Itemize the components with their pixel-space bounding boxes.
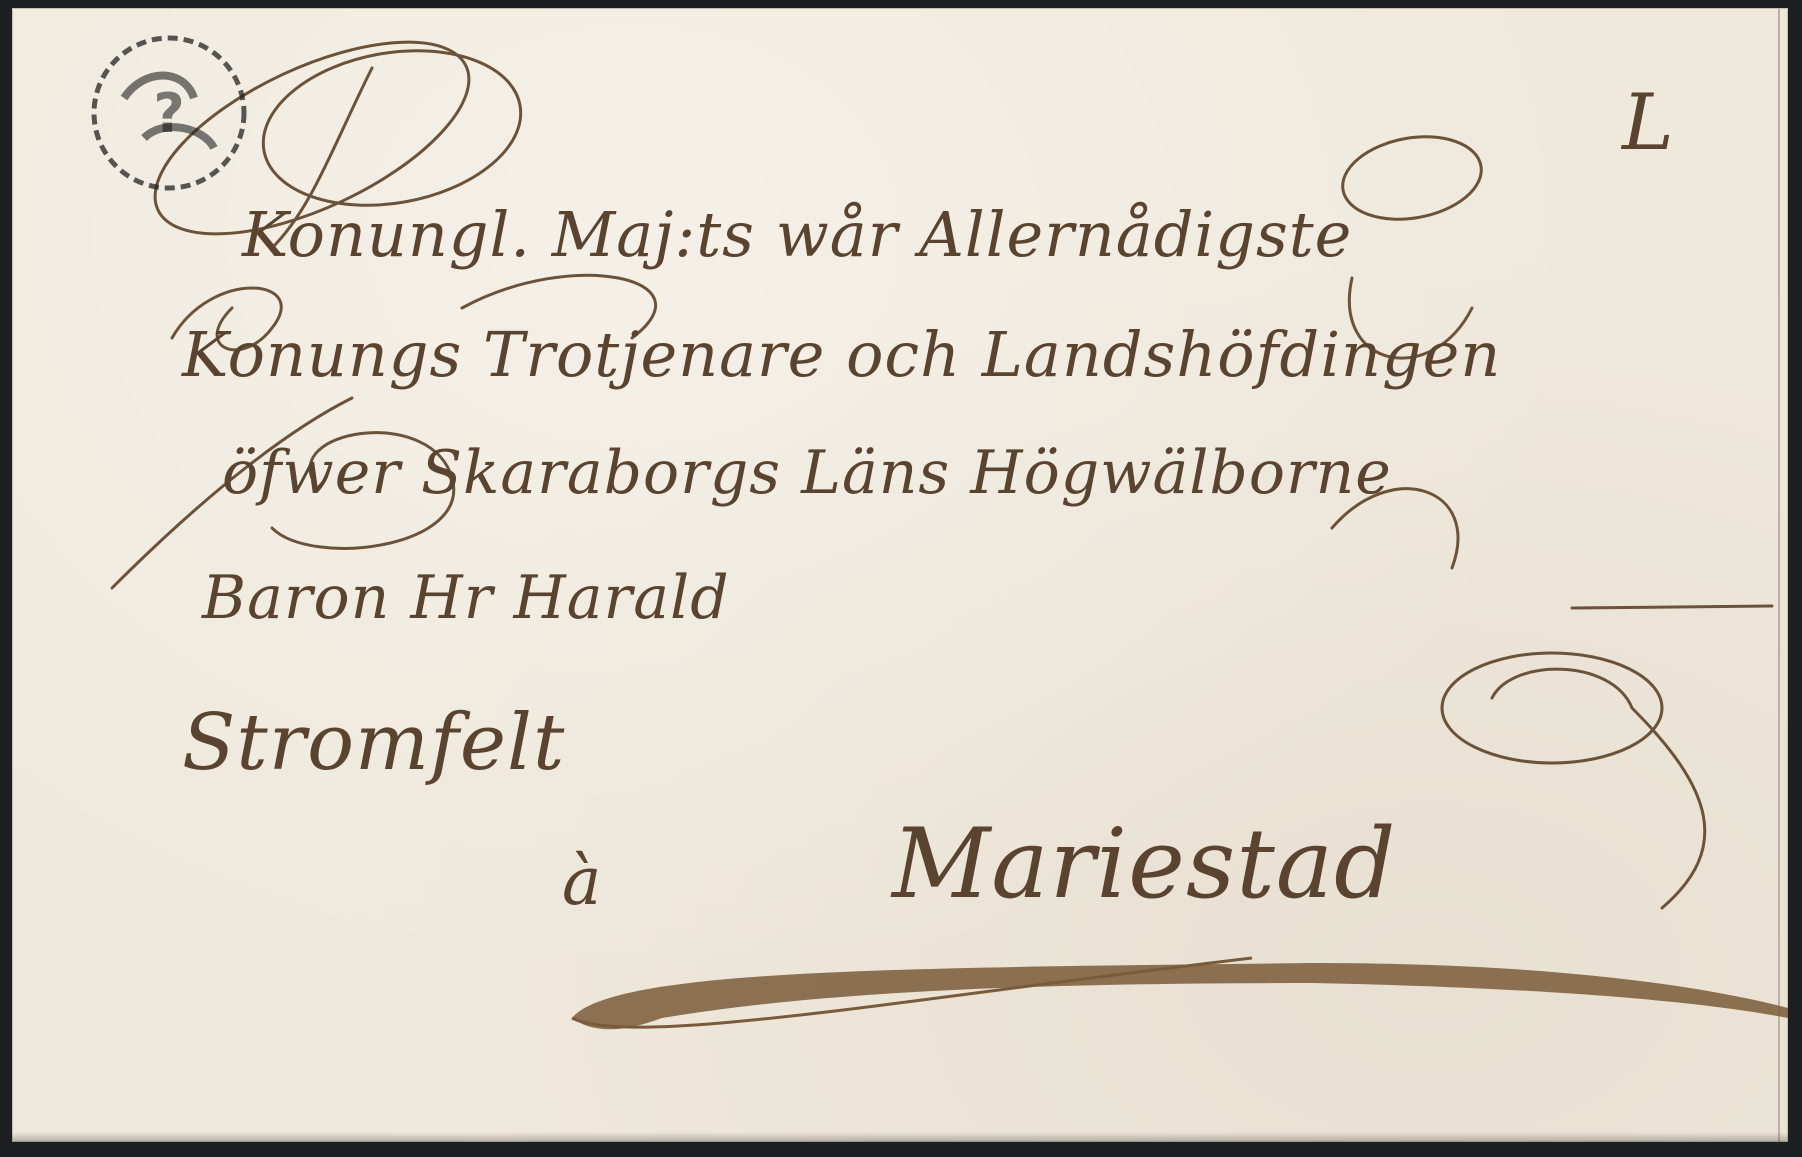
postmark-stamp: ? — [84, 28, 254, 198]
flourish-dash — [1572, 606, 1772, 608]
address-line-4: Baron Hr Harald — [202, 563, 730, 633]
flourish-spiral-tail — [1492, 669, 1705, 908]
address-line-destination: Mariestad — [892, 808, 1396, 920]
address-line-6: à — [562, 843, 602, 920]
corner-mark: L — [1622, 78, 1674, 168]
address-line-2: Konungs Trotjenare och Landshöfdingen — [182, 318, 1501, 391]
address-line-5: Stromfelt — [182, 698, 565, 788]
flourish-loop-2 — [251, 32, 533, 225]
address-line-1: Konungl. Maj:ts wår Allernådigste — [242, 198, 1352, 271]
address-line-3: öfwer Skaraborgs Läns Högwälborne — [222, 438, 1392, 508]
letter-sheet: ? L Konungl. Maj:ts wår Allernådigste Ko… — [12, 8, 1788, 1142]
postmark-text: ? — [84, 28, 254, 198]
flourish-loop-4 — [1336, 126, 1488, 229]
